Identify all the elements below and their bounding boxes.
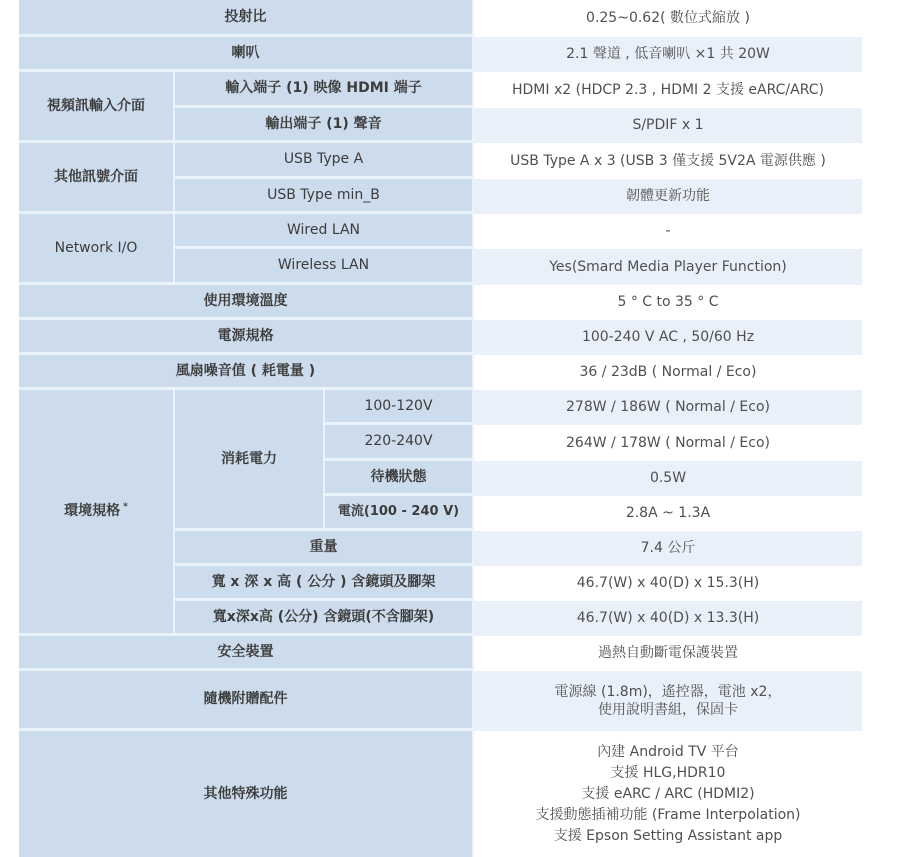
group-label-other-signal: 其他訊號介面 (19, 143, 175, 214)
row-value: - (474, 214, 862, 249)
row-value: 內建 Android TV 平台 支援 HLG,HDR10 支援 eARC / … (474, 731, 862, 857)
row-value: S/PDIF x 1 (474, 108, 862, 143)
row-label: Wired LAN (175, 214, 474, 249)
row-label: 輸入端子 (1) 映像 HDMI 端子 (175, 72, 474, 108)
row-value: 5 ° C to 35 ° C (474, 285, 862, 320)
row-value: 278W / 186W ( Normal / Eco) (474, 390, 862, 425)
row-label: Wireless LAN (175, 249, 474, 285)
value-line: 支援 HLG,HDR10 (611, 763, 726, 784)
footnote-mark: * (123, 502, 128, 514)
subgroup-label-power-consumption: 消耗電力 (175, 390, 325, 531)
row-value: 264W / 178W ( Normal / Eco) (474, 425, 862, 461)
row-label: USB Type min_B (175, 179, 474, 214)
row-value: Yes(Smard Media Player Function) (474, 249, 862, 285)
row-value: 電源線 (1.8m)，遙控器，電池 x2， 使用說明書組，保固卡 (474, 671, 862, 731)
value-line: 支援 Epson Setting Assistant app (554, 826, 783, 847)
row-label: USB Type A (175, 143, 474, 179)
row-value: USB Type A x 3 (USB 3 僅支援 5V2A 電源供應 ) (474, 143, 862, 179)
row-label: 100-120V (325, 390, 474, 425)
row-label: 輸出端子 (1) 聲音 (175, 108, 474, 143)
row-value: 過熱自動斷電保護裝置 (474, 636, 862, 671)
value-line: 使用說明書組，保固卡 (598, 701, 738, 719)
row-label: 寬x深x高 (公分) 含鏡頭(不含腳架) (175, 601, 474, 636)
row-value: 2.8A ~ 1.3A (474, 496, 862, 531)
row-value: 46.7(W) x 40(D) x 13.3(H) (474, 601, 862, 636)
value-line: 內建 Android TV 平台 (597, 742, 739, 763)
row-label: 其他特殊功能 (19, 731, 474, 857)
row-value: HDMI x2 (HDCP 2.3 , HDMI 2 支援 eARC/ARC) (474, 72, 862, 108)
row-value: 36 / 23dB ( Normal / Eco) (474, 355, 862, 390)
row-label: 風扇噪音值 ( 耗電量 ) (19, 355, 474, 390)
row-label: 重量 (175, 531, 474, 566)
row-value: 0.25~0.62( 數位式縮放 ) (474, 0, 862, 37)
row-label: 電源規格 (19, 320, 474, 355)
group-label-video-input: 視頻訊輸入介面 (19, 72, 175, 143)
value-line: 電源線 (1.8m)，遙控器，電池 x2， (555, 683, 782, 701)
value-line: 支援 eARC / ARC (HDMI2) (581, 784, 754, 805)
row-label: 寬 x 深 x 高 ( 公分 ) 含鏡頭及腳架 (175, 566, 474, 601)
row-label: 安全裝置 (19, 636, 474, 671)
row-value: 100-240 V AC , 50/60 Hz (474, 320, 862, 355)
row-value: 2.1 聲道 , 低音喇叭 ×1 共 20W (474, 37, 862, 72)
row-label: 隨機附贈配件 (19, 671, 474, 731)
row-label: 220-240V (325, 425, 474, 461)
value-line: 支援動態插補功能 (Frame Interpolation) (535, 805, 800, 826)
group-label-environment: 環境規格* (19, 390, 175, 636)
row-label: 使用環境溫度 (19, 285, 474, 320)
group-label-network: Network I/O (19, 214, 175, 285)
row-value: 韌體更新功能 (474, 179, 862, 214)
row-value: 0.5W (474, 461, 862, 496)
row-label: 投射比 (19, 0, 474, 37)
row-label: 電流(100 - 240 V) (325, 496, 474, 531)
row-value: 7.4 公斤 (474, 531, 862, 566)
row-label: 喇叭 (19, 37, 474, 72)
row-value: 46.7(W) x 40(D) x 15.3(H) (474, 566, 862, 601)
row-label: 待機狀態 (325, 461, 474, 496)
group-label-text: 環境規格 (64, 502, 120, 520)
